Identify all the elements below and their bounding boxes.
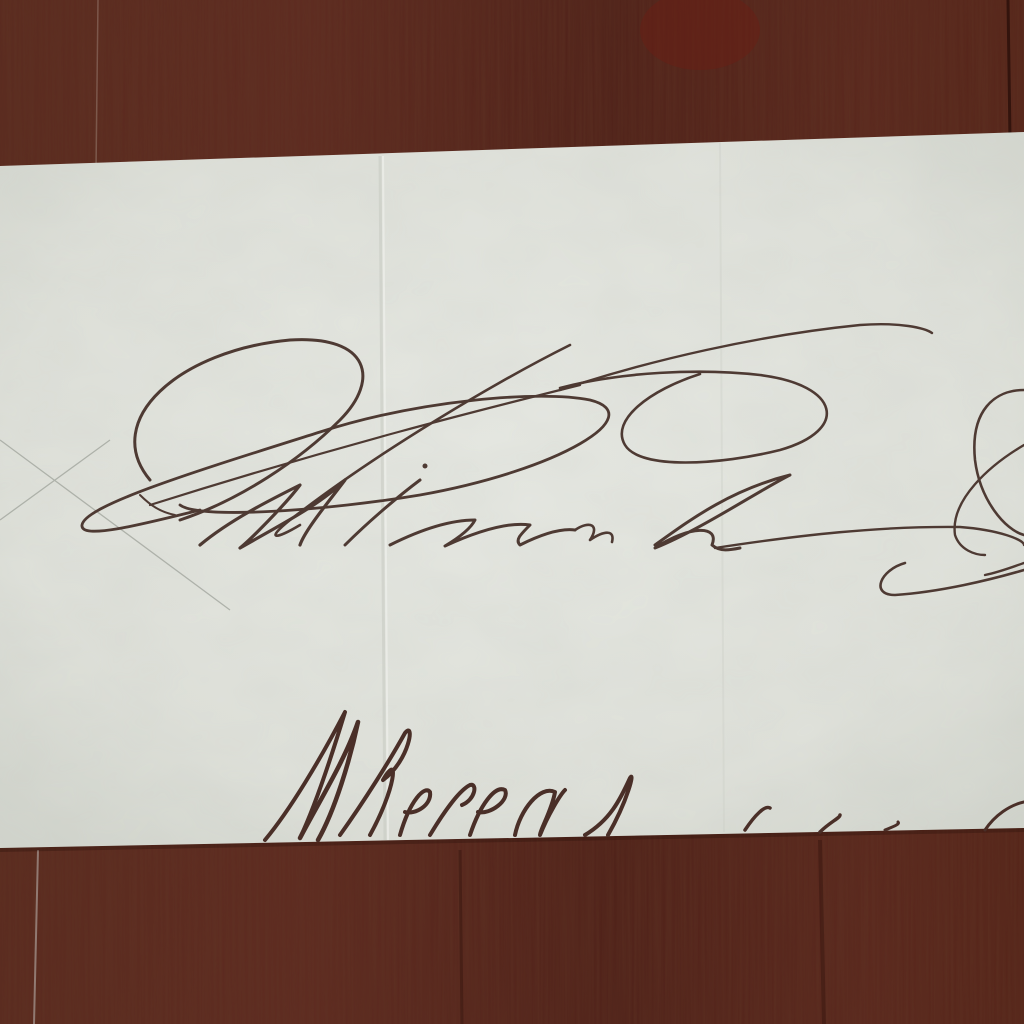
photo-scene — [0, 0, 1024, 1024]
paper-document — [0, 132, 1024, 852]
